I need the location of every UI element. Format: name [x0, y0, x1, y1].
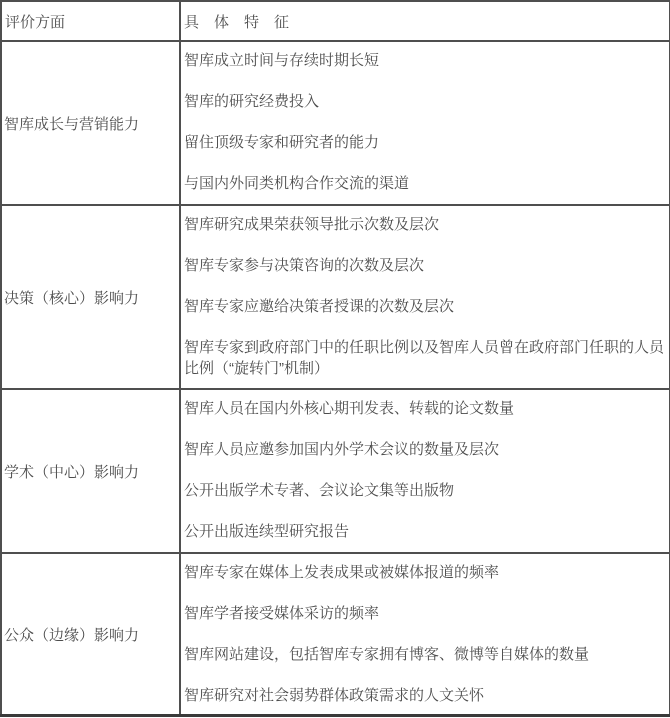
feature-item: 智库网站建设，包括智库专家拥有博客、微博等自媒体的数量: [184, 644, 665, 665]
feature-item: 智库研究对社会弱势群体政策需求的人文关怀: [184, 685, 665, 706]
feature-item: 留住顶级专家和研究者的能力: [184, 132, 665, 153]
feature-item: 智库研究成果荣获领导批示次数及层次: [184, 214, 665, 235]
features-cell: 智库专家在媒体上发表成果或被媒体报道的频率 智库学者接受媒体采访的频率 智库网站…: [180, 553, 670, 716]
table-row-public: 公众（边缘）影响力 智库专家在媒体上发表成果或被媒体报道的频率 智库学者接受媒体…: [1, 553, 670, 716]
feature-item: 智库专家在媒体上发表成果或被媒体报道的频率: [184, 562, 665, 583]
features-cell: 智库研究成果荣获领导批示次数及层次 智库专家参与决策咨询的次数及层次 智库专家应…: [180, 205, 670, 389]
feature-item: 智库专家参与决策咨询的次数及层次: [184, 255, 665, 276]
feature-item: 公开出版连续型研究报告: [184, 521, 665, 542]
feature-item: 智库专家应邀给决策者授课的次数及层次: [184, 296, 665, 317]
aspect-cell: 智库成长与营销能力: [1, 41, 180, 205]
aspect-cell: 公众（边缘）影响力: [1, 553, 180, 716]
feature-item: 智库的研究经费投入: [184, 91, 665, 112]
feature-item: 公开出版学术专著、会议论文集等出版物: [184, 480, 665, 501]
feature-item: 智库专家到政府部门中的任职比例以及智库人员曾在政府部门任职的人员比例（“旋转门”…: [184, 337, 665, 379]
feature-item: 智库成立时间与存续时期长短: [184, 50, 665, 71]
column-header-features: 具 体 特 征: [180, 1, 670, 41]
table-row-decision: 决策（核心）影响力 智库研究成果荣获领导批示次数及层次 智库专家参与决策咨询的次…: [1, 205, 670, 389]
feature-item: 与国内外同类机构合作交流的渠道: [184, 173, 665, 194]
column-header-aspect: 评价方面: [1, 1, 180, 41]
table-header-row: 评价方面 具 体 特 征: [1, 1, 670, 41]
document-page: 评价方面 具 体 特 征 智库成长与营销能力 智库成立时间与存续时期长短 智库的…: [0, 0, 670, 718]
aspect-cell: 学术（中心）影响力: [1, 389, 180, 553]
feature-item: 智库学者接受媒体采访的频率: [184, 603, 665, 624]
features-cell: 智库成立时间与存续时期长短 智库的研究经费投入 留住顶级专家和研究者的能力 与国…: [180, 41, 670, 205]
evaluation-table: 评价方面 具 体 特 征 智库成长与营销能力 智库成立时间与存续时期长短 智库的…: [0, 0, 670, 717]
features-cell: 智库人员在国内外核心期刊发表、转载的论文数量 智库人员应邀参加国内外学术会议的数…: [180, 389, 670, 553]
table-row-academic: 学术（中心）影响力 智库人员在国内外核心期刊发表、转载的论文数量 智库人员应邀参…: [1, 389, 670, 553]
feature-item: 智库人员应邀参加国内外学术会议的数量及层次: [184, 439, 665, 460]
table-row-growth: 智库成长与营销能力 智库成立时间与存续时期长短 智库的研究经费投入 留住顶级专家…: [1, 41, 670, 205]
aspect-cell: 决策（核心）影响力: [1, 205, 180, 389]
feature-item: 智库人员在国内外核心期刊发表、转载的论文数量: [184, 398, 665, 419]
